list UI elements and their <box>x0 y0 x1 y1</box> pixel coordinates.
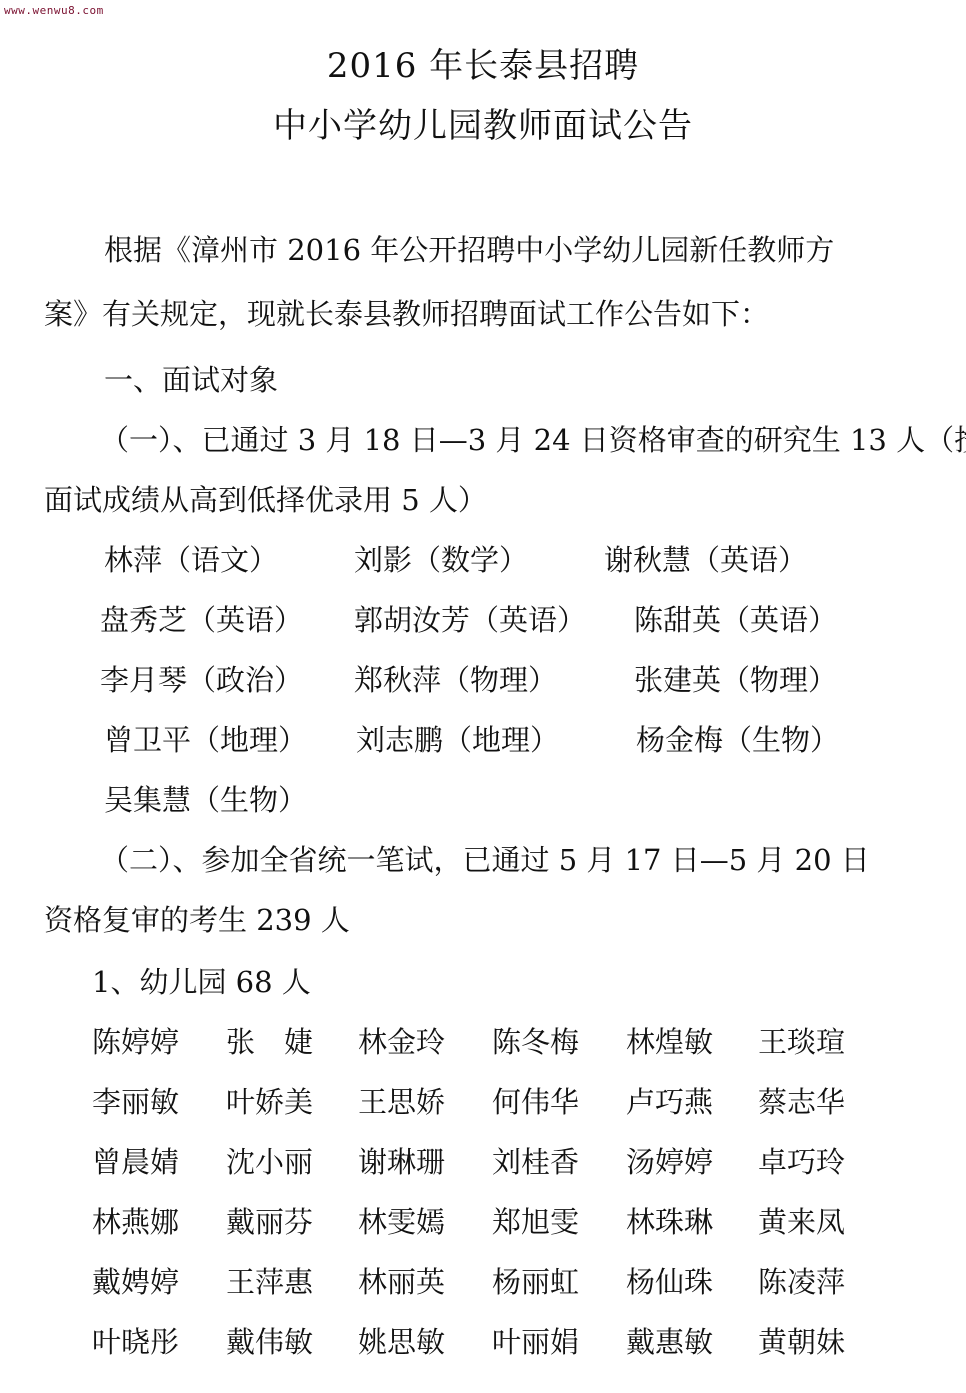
kindergarten-row: 林燕娜 戴丽芬 林雯嫣 郑旭雯 林珠琳 黄来凤 <box>0 1204 966 1244</box>
candidate-name: 陈凌萍 <box>758 1264 845 1300</box>
sub2-line2: 资格复审的考生 239 人 <box>44 902 350 938</box>
graduate-row: 盘秀芝（英语） 郭胡汝芳（英语） 陈甜英（英语） <box>0 602 966 642</box>
candidate-name: 林燕娜 <box>92 1204 179 1240</box>
kindergarten-row: 李丽敏 叶娇美 王思娇 何伟华 卢巧燕 蔡志华 <box>0 1084 966 1124</box>
graduate-entry: 吴集慧（生物） <box>104 782 307 818</box>
graduate-row: 李月琴（政治） 郑秋萍（物理） 张建英（物理） <box>0 662 966 702</box>
sub1-line2: 面试成绩从高到低择优录用 5 人） <box>44 482 487 518</box>
candidate-name: 卢巧燕 <box>626 1084 713 1120</box>
graduate-entry: 谢秋慧（英语） <box>604 542 807 578</box>
candidate-name: 何伟华 <box>492 1084 579 1120</box>
candidate-name: 蔡志华 <box>758 1084 845 1120</box>
graduate-row: 林萍（语文） 刘影（数学） 谢秋慧（英语） <box>0 542 966 582</box>
graduate-entry: 郑秋萍（物理） <box>354 662 557 698</box>
graduate-entry: 刘影（数学） <box>354 542 528 578</box>
kindergarten-row: 戴娉婷 王萍惠 林丽英 杨丽虹 杨仙珠 陈凌萍 <box>0 1264 966 1304</box>
candidate-name: 叶娇美 <box>226 1084 313 1120</box>
graduate-entry: 郭胡汝芳（英语） <box>354 602 586 638</box>
candidate-name: 戴丽芬 <box>226 1204 313 1240</box>
graduate-entry: 林萍（语文） <box>104 542 278 578</box>
graduate-entry: 杨金梅（生物） <box>636 722 839 758</box>
kindergarten-row: 叶晓彤 戴伟敏 姚思敏 叶丽娟 戴惠敏 黄朝妹 <box>0 1324 966 1364</box>
candidate-name: 李丽敏 <box>92 1084 179 1120</box>
candidate-name: 戴伟敏 <box>226 1324 313 1360</box>
candidate-name: 林丽英 <box>358 1264 445 1300</box>
candidate-name: 王琰瑄 <box>758 1024 845 1060</box>
kindergarten-heading: 1、幼儿园 68 人 <box>92 964 311 1000</box>
candidate-name: 王萍惠 <box>226 1264 313 1300</box>
watermark: www.wenwu8.com <box>4 4 104 17</box>
page-title-line1: 2016 年长泰县招聘 <box>0 46 966 86</box>
candidate-name: 戴惠敏 <box>626 1324 713 1360</box>
section-heading: 一、面试对象 <box>104 362 278 398</box>
kindergarten-row: 陈婷婷 张 婕 林金玲 陈冬梅 林煌敏 王琰瑄 <box>0 1024 966 1064</box>
candidate-name: 曾晨婧 <box>92 1144 179 1180</box>
graduate-entry: 张建英（物理） <box>634 662 837 698</box>
candidate-name: 杨丽虹 <box>492 1264 579 1300</box>
graduate-row: 吴集慧（生物） <box>0 782 966 822</box>
candidate-name: 沈小丽 <box>226 1144 313 1180</box>
candidate-name: 郑旭雯 <box>492 1204 579 1240</box>
candidate-name: 林珠琳 <box>626 1204 713 1240</box>
candidate-name: 黄朝妹 <box>758 1324 845 1360</box>
graduate-entry: 曾卫平（地理） <box>104 722 307 758</box>
candidate-name: 杨仙珠 <box>626 1264 713 1300</box>
graduate-entry: 李月琴（政治） <box>100 662 303 698</box>
sub1-line1: （一）、已通过 3 月 18 日—3 月 24 日资格审查的研究生 13 人（按 <box>100 422 966 458</box>
candidate-name: 林雯嫣 <box>358 1204 445 1240</box>
candidate-name: 叶晓彤 <box>92 1324 179 1360</box>
candidate-name: 黄来凤 <box>758 1204 845 1240</box>
candidate-name: 张 婕 <box>226 1024 313 1060</box>
candidate-name: 林煌敏 <box>626 1024 713 1060</box>
candidate-name: 叶丽娟 <box>492 1324 579 1360</box>
candidate-name: 汤婷婷 <box>626 1144 713 1180</box>
candidate-name: 卓巧玲 <box>758 1144 845 1180</box>
page-title-line2: 中小学幼儿园教师面试公告 <box>0 106 966 146</box>
candidate-name: 谢琳珊 <box>358 1144 445 1180</box>
intro-line1: 根据《漳州市 2016 年公开招聘中小学幼儿园新任教师方 <box>104 232 834 268</box>
candidate-name: 姚思敏 <box>358 1324 445 1360</box>
candidate-name: 戴娉婷 <box>92 1264 179 1300</box>
kindergarten-row: 曾晨婧 沈小丽 谢琳珊 刘桂香 汤婷婷 卓巧玲 <box>0 1144 966 1184</box>
graduate-entry: 陈甜英（英语） <box>634 602 837 638</box>
sub2-line1: （二）、参加全省统一笔试，已通过 5 月 17 日—5 月 20 日 <box>100 842 870 878</box>
graduate-entry: 刘志鹏（地理） <box>356 722 559 758</box>
candidate-name: 陈冬梅 <box>492 1024 579 1060</box>
graduate-entry: 盘秀芝（英语） <box>100 602 303 638</box>
intro-line2: 案》有关规定，现就长泰县教师招聘面试工作公告如下： <box>44 296 769 332</box>
graduate-row: 曾卫平（地理） 刘志鹏（地理） 杨金梅（生物） <box>0 722 966 762</box>
candidate-name: 刘桂香 <box>492 1144 579 1180</box>
candidate-name: 王思娇 <box>358 1084 445 1120</box>
candidate-name: 陈婷婷 <box>92 1024 179 1060</box>
candidate-name: 林金玲 <box>358 1024 445 1060</box>
